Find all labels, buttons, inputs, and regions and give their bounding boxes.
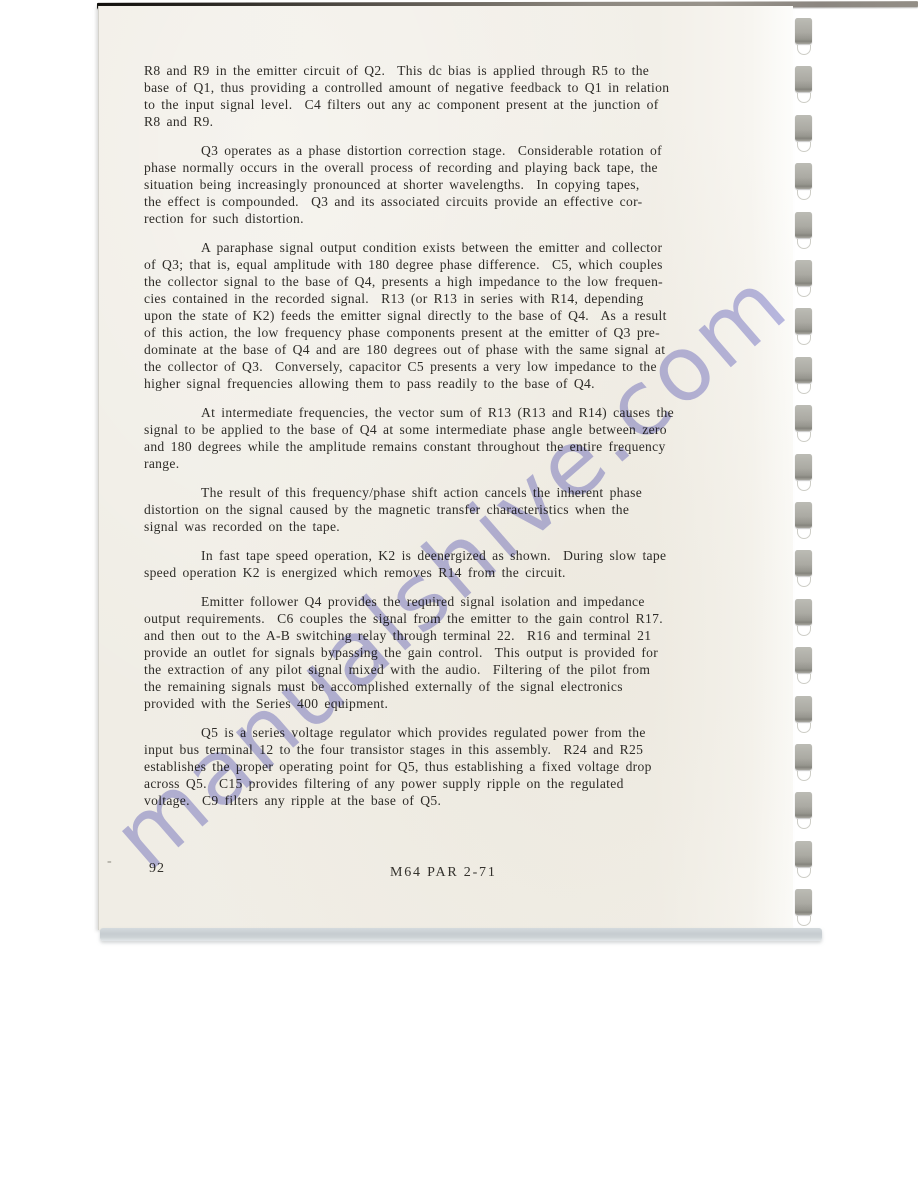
text-line: provided with the Series 400 equipment. bbox=[144, 695, 768, 712]
binding-tab-body bbox=[795, 599, 812, 625]
text-line: higher signal frequencies allowing them … bbox=[144, 375, 768, 392]
binding-tab bbox=[795, 115, 813, 152]
binding-hole-outline bbox=[797, 384, 811, 394]
binding-tab-body bbox=[795, 260, 812, 286]
binding-tab-body bbox=[795, 18, 812, 44]
text-line: input bus terminal 12 to the four transi… bbox=[144, 741, 768, 758]
paragraph: R8 and R9 in the emitter circuit of Q2. … bbox=[144, 62, 768, 130]
text-line: speed operation K2 is energized which re… bbox=[144, 564, 768, 581]
binding-hole-outline bbox=[797, 723, 811, 733]
binding-tab bbox=[795, 841, 813, 878]
binding-tab bbox=[795, 696, 813, 733]
binding-tab-body bbox=[795, 357, 812, 383]
binding-tab-body bbox=[795, 502, 812, 528]
text-line: and 180 degrees while the amplitude rema… bbox=[144, 438, 768, 455]
text-line: Emitter follower Q4 provides the require… bbox=[144, 593, 768, 610]
binding-tab bbox=[795, 18, 813, 55]
binding-tab bbox=[795, 212, 813, 249]
page-number: 92 bbox=[149, 861, 165, 877]
text-line: At intermediate frequencies, the vector … bbox=[144, 404, 768, 421]
binding-tab-body bbox=[795, 454, 812, 480]
text-line: establishes the proper operating point f… bbox=[144, 758, 768, 775]
binding-tab-body bbox=[795, 66, 812, 92]
text-line: the remaining signals must be accomplish… bbox=[144, 678, 768, 695]
text-line: Q3 operates as a phase distortion correc… bbox=[144, 142, 768, 159]
binding-tab-body bbox=[795, 308, 812, 334]
text-line: distortion on the signal caused by the m… bbox=[144, 501, 768, 518]
binding-hole-outline bbox=[797, 481, 811, 491]
text-line: phase normally occurs in the overall pro… bbox=[144, 159, 768, 176]
text-line: provide an outlet for signals bypassing … bbox=[144, 644, 768, 661]
binding-hole-outline bbox=[797, 529, 811, 539]
binding-tab bbox=[795, 66, 813, 103]
body-text: R8 and R9 in the emitter circuit of Q2. … bbox=[144, 62, 768, 821]
binding-tab bbox=[795, 357, 813, 394]
binding-hole-outline bbox=[797, 45, 811, 55]
text-line: upon the state of K2) feeds the emitter … bbox=[144, 307, 768, 324]
text-line: R8 and R9 in the emitter circuit of Q2. … bbox=[144, 62, 768, 79]
binding-tab-body bbox=[795, 647, 812, 673]
text-line: the effect is compounded. Q3 and its ass… bbox=[144, 193, 768, 210]
text-line: output requirements. C6 couples the sign… bbox=[144, 610, 768, 627]
binding-hole-outline bbox=[797, 771, 811, 781]
binding-tab-body bbox=[795, 212, 812, 238]
binding-hole-outline bbox=[797, 432, 811, 442]
binding-tab-body bbox=[795, 115, 812, 141]
binding-tab bbox=[795, 599, 813, 636]
binding-hole-outline bbox=[797, 190, 811, 200]
binding-tab bbox=[795, 792, 813, 829]
text-line: across Q5. C15 provides filtering of any… bbox=[144, 775, 768, 792]
binding-tab bbox=[795, 744, 813, 781]
binding-tab bbox=[795, 405, 813, 442]
text-line: the collector signal to the base of Q4, … bbox=[144, 273, 768, 290]
binding-tab-body bbox=[795, 744, 812, 770]
binding-hole-outline bbox=[797, 819, 811, 829]
text-line: of Q3; that is, equal amplitude with 180… bbox=[144, 256, 768, 273]
binding-hole-outline bbox=[797, 287, 811, 297]
text-line: base of Q1, thus providing a controlled … bbox=[144, 79, 768, 96]
paragraph: At intermediate frequencies, the vector … bbox=[144, 404, 768, 472]
binding-tab-body bbox=[795, 841, 812, 867]
text-line: the collector of Q3. Conversely, capacit… bbox=[144, 358, 768, 375]
binding-hole-outline bbox=[797, 142, 811, 152]
binding-tab bbox=[795, 308, 813, 345]
text-line: the extraction of any pilot signal mixed… bbox=[144, 661, 768, 678]
text-line: Q5 is a series voltage regulator which p… bbox=[144, 724, 768, 741]
binding-tab bbox=[795, 647, 813, 684]
binding-tab-body bbox=[795, 163, 812, 189]
text-line: of this action, the low frequency phase … bbox=[144, 324, 768, 341]
binding-tab bbox=[795, 502, 813, 539]
binding-tab bbox=[795, 889, 813, 926]
paragraph: Q3 operates as a phase distortion correc… bbox=[144, 142, 768, 227]
binding-hole-outline bbox=[797, 916, 811, 926]
text-line: rection for such distortion. bbox=[144, 210, 768, 227]
binding-tab-body bbox=[795, 889, 812, 915]
binding-hole-outline bbox=[797, 868, 811, 878]
text-line: signal to be applied to the base of Q4 a… bbox=[144, 421, 768, 438]
binding-tab-body bbox=[795, 405, 812, 431]
binding-hole-outline bbox=[797, 239, 811, 249]
text-line: R8 and R9. bbox=[144, 113, 768, 130]
paragraph: A paraphase signal output condition exis… bbox=[144, 239, 768, 392]
text-line: situation being increasingly pronounced … bbox=[144, 176, 768, 193]
binding-tab bbox=[795, 550, 813, 587]
margin-mark: - bbox=[107, 854, 112, 870]
document-page: - R8 and R9 in the emitter circuit of Q2… bbox=[98, 6, 793, 930]
binding-hole-outline bbox=[797, 626, 811, 636]
paragraph: Emitter follower Q4 provides the require… bbox=[144, 593, 768, 712]
text-line: cies contained in the recorded signal. R… bbox=[144, 290, 768, 307]
doc-reference: M64 PAR 2-71 bbox=[390, 865, 497, 881]
paragraph: Q5 is a series voltage regulator which p… bbox=[144, 724, 768, 809]
binding-hole-outline bbox=[797, 335, 811, 345]
text-line: In fast tape speed operation, K2 is deen… bbox=[144, 547, 768, 564]
scanned-page-container: - R8 and R9 in the emitter circuit of Q2… bbox=[0, 0, 918, 1188]
binding-tab bbox=[795, 163, 813, 200]
text-line: and then out to the A-B switching relay … bbox=[144, 627, 768, 644]
text-line: A paraphase signal output condition exis… bbox=[144, 239, 768, 256]
binding-hole-outline bbox=[797, 577, 811, 587]
text-line: to the input signal level. C4 filters ou… bbox=[144, 96, 768, 113]
binding-tab-body bbox=[795, 550, 812, 576]
binding-tab-body bbox=[795, 792, 812, 818]
text-line: range. bbox=[144, 455, 768, 472]
scan-bottom-edge bbox=[100, 928, 822, 941]
paragraph: In fast tape speed operation, K2 is deen… bbox=[144, 547, 768, 581]
binding-tab-body bbox=[795, 696, 812, 722]
paragraph: The result of this frequency/phase shift… bbox=[144, 484, 768, 535]
binding-hole-outline bbox=[797, 93, 811, 103]
binding-tab bbox=[795, 260, 813, 297]
text-line: voltage. C9 filters any ripple at the ba… bbox=[144, 792, 768, 809]
text-line: dominate at the base of Q4 and are 180 d… bbox=[144, 341, 768, 358]
text-line: The result of this frequency/phase shift… bbox=[144, 484, 768, 501]
binding-tab bbox=[795, 454, 813, 491]
binding-hole-outline bbox=[797, 674, 811, 684]
text-line: signal was recorded on the tape. bbox=[144, 518, 768, 535]
